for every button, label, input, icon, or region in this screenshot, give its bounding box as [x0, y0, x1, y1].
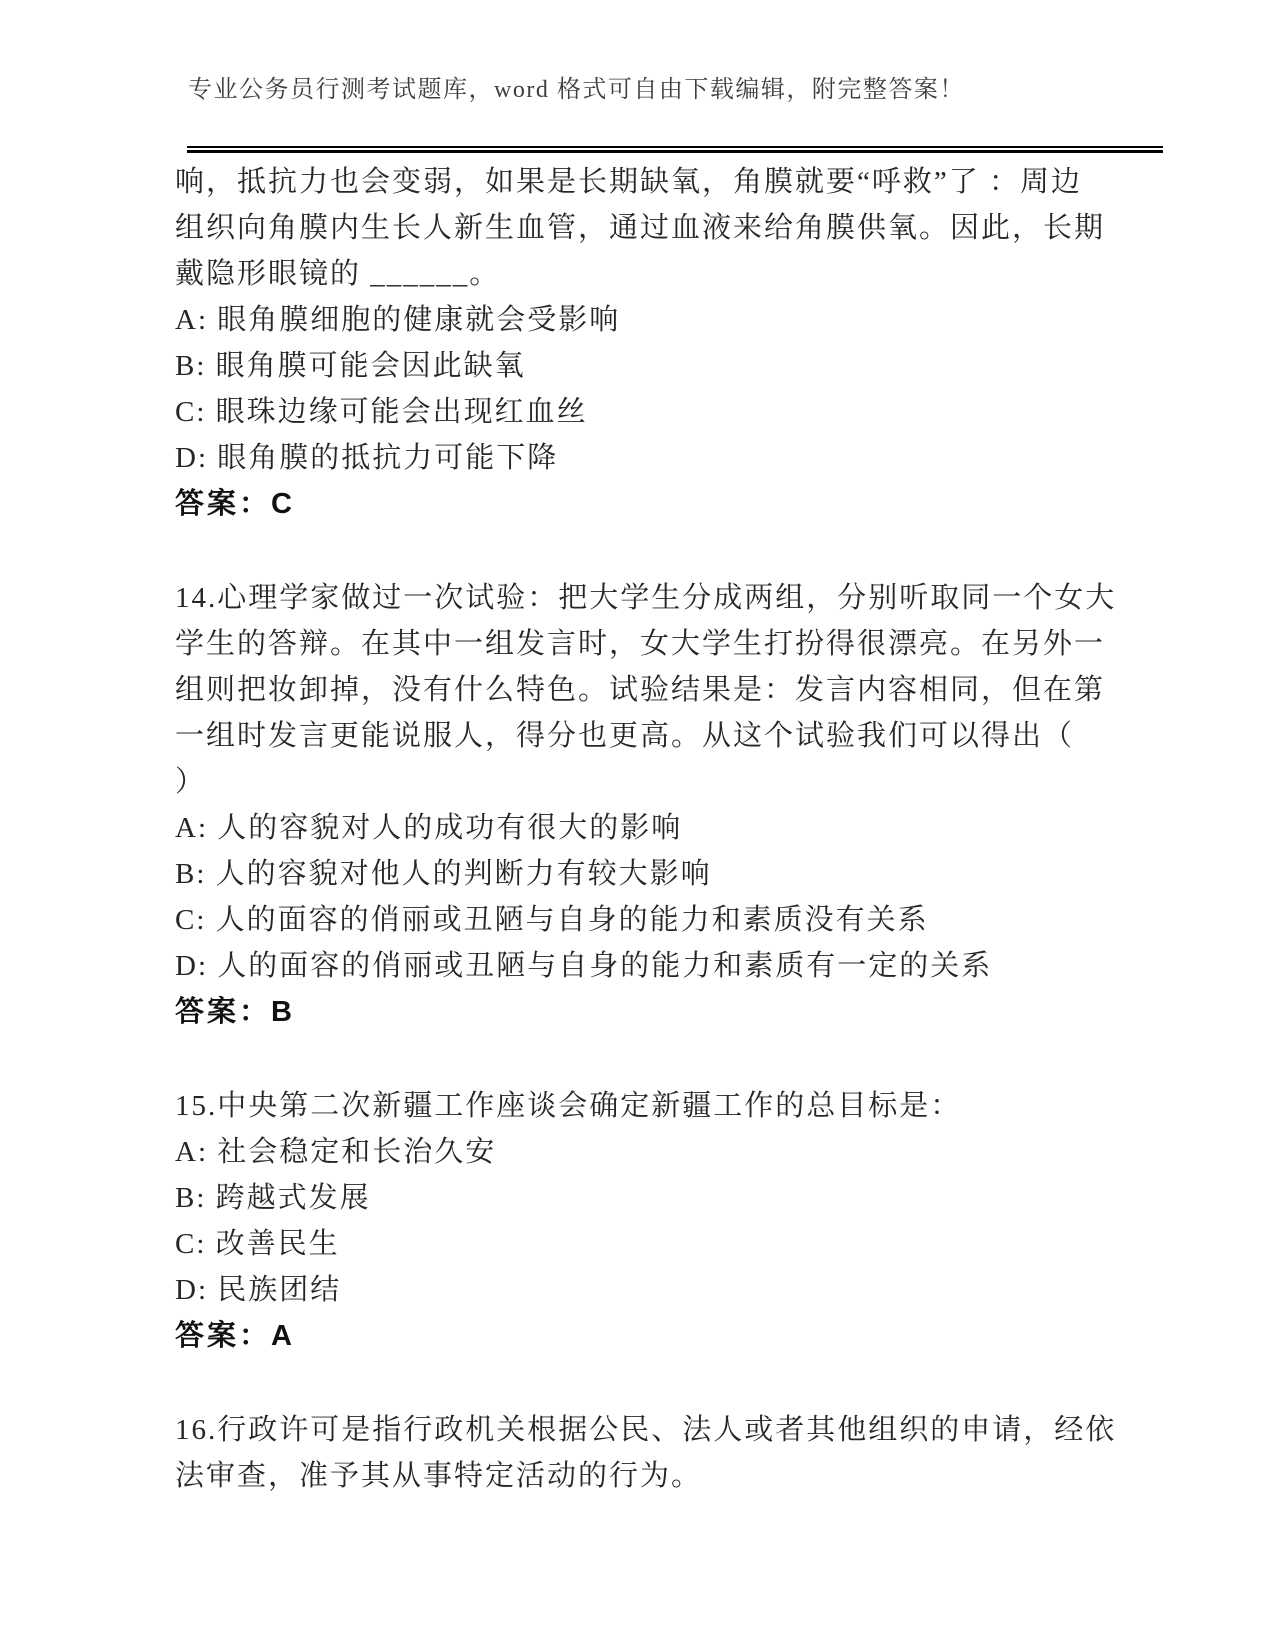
- question-stem: 14.心理学家做过一次试验：把大学生分成两组，分别听取同一个女大 学生的答辩。在…: [175, 575, 1185, 805]
- option-c: C: 眼珠边缘可能会出现红血丝: [175, 389, 1185, 435]
- question-block-14: 14.心理学家做过一次试验：把大学生分成两组，分别听取同一个女大 学生的答辩。在…: [175, 575, 1185, 1035]
- option-b: B: 人的容貌对他人的判断力有较大影响: [175, 851, 1185, 897]
- option-c: C: 人的面容的俏丽或丑陋与自身的能力和素质没有关系: [175, 897, 1185, 943]
- answer-line: 答案：C: [175, 481, 1185, 527]
- question-stem: 响，抵抗力也会变弱，如果是长期缺氧，角膜就要“呼救”了 ：周边 组织向角膜内生长…: [175, 159, 1185, 297]
- document-page: 专业公务员行测考试题库，word 格式可自由下载编辑，附完整答案！ 响，抵抗力也…: [0, 0, 1275, 1650]
- question-block-15: 15.中央第二次新疆工作座谈会确定新疆工作的总目标是： A: 社会稳定和长治久安…: [175, 1083, 1185, 1359]
- option-b: B: 跨越式发展: [175, 1175, 1185, 1221]
- answer-line: 答案：A: [175, 1313, 1185, 1359]
- answer-line: 答案：B: [175, 989, 1185, 1035]
- option-a: A: 眼角膜细胞的健康就会受影响: [175, 297, 1185, 343]
- option-d: D: 眼角膜的抵抗力可能下降: [175, 435, 1185, 481]
- option-d: D: 民族团结: [175, 1267, 1185, 1313]
- question-block-13: 响，抵抗力也会变弱，如果是长期缺氧，角膜就要“呼救”了 ：周边 组织向角膜内生长…: [175, 159, 1185, 527]
- question-block-16: 16.行政许可是指行政机关根据公民、法人或者其他组织的申请，经依 法审查，准予其…: [175, 1407, 1185, 1499]
- question-stem: 15.中央第二次新疆工作座谈会确定新疆工作的总目标是：: [175, 1083, 1185, 1129]
- option-a: A: 社会稳定和长治久安: [175, 1129, 1185, 1175]
- question-stem: 16.行政许可是指行政机关根据公民、法人或者其他组织的申请，经依 法审查，准予其…: [175, 1407, 1185, 1499]
- option-a: A: 人的容貌对人的成功有很大的影响: [175, 805, 1185, 851]
- option-c: C: 改善民生: [175, 1221, 1185, 1267]
- page-header: 专业公务员行测考试题库，word 格式可自由下载编辑，附完整答案！: [188, 76, 1175, 104]
- document-content: 响，抵抗力也会变弱，如果是长期缺氧，角膜就要“呼救”了 ：周边 组织向角膜内生长…: [175, 159, 1185, 1499]
- option-d: D: 人的面容的俏丽或丑陋与自身的能力和素质有一定的关系: [175, 943, 1185, 989]
- option-b: B: 眼角膜可能会因此缺氧: [175, 343, 1185, 389]
- header-double-rule: [187, 146, 1163, 153]
